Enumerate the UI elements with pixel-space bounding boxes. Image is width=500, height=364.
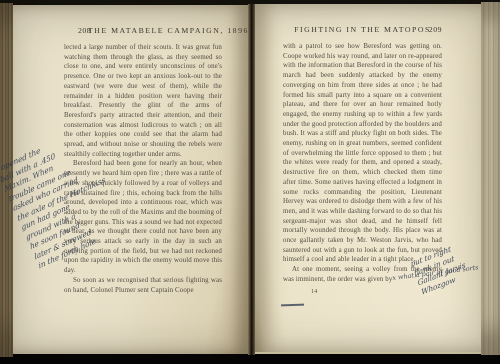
left-running-title: THE MATABELE CAMPAIGN, 1896 [64,26,249,35]
left-page-header: 208 THE MATABELE CAMPAIGN, 1896 [64,26,222,36]
page-stack-right-edge [481,2,500,355]
book-gutter [248,4,255,355]
right-page: FIGHTING IN THE MATOPOS 209 with a patro… [255,4,481,354]
left-page-number: 208 [78,26,91,35]
right-page-header: FIGHTING IN THE MATOPOS 209 [283,25,442,35]
right-running-title: FIGHTING IN THE MATOPOS [294,25,431,34]
right-page-body: with a patrol to see how Beresford was g… [283,42,442,285]
right-page-text-column: FIGHTING IN THE MATOPOS 209 with a patro… [283,25,442,295]
book-photo: 208 THE MATABELE CAMPAIGN, 1896 lected a… [0,0,500,364]
right-page-number: 209 [429,25,442,34]
